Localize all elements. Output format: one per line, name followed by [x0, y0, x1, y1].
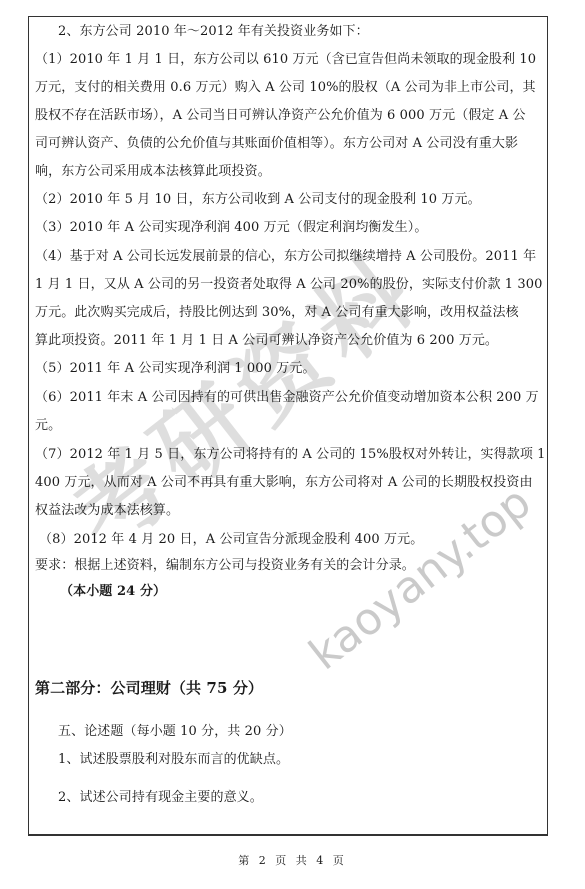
question-line: 1 月 1 日，又从 A 公司的另一投资者处取得 A 公司 20%的股份，实际支…	[35, 277, 543, 293]
page-number-footer: 第 2 页 共 4 页	[0, 852, 585, 868]
question-line: （7）2012 年 1 月 5 日，东方公司将持有的 A 公司的 15%股权对外…	[35, 447, 546, 463]
question-line: 响，东方公司采用成本法核算此项投资。	[35, 164, 271, 180]
question-line: 万元。此次购买完成后，持股比例达到 30%，对 A 公司有重大影响，改用权益法核	[35, 305, 519, 321]
question-line: 400 万元，从而对 A 公司不再具有重大影响，东方公司将对 A 公司的长期股权…	[35, 475, 533, 491]
part-2-title: 第二部分：公司理财（共 75 分）	[35, 680, 263, 696]
question-line: （2）2010 年 5 月 10 日，东方公司收到 A 公司支付的现金股利 10…	[35, 192, 481, 208]
question-line: （1）2010 年 1 月 1 日，东方公司以 610 万元（含已宣告但尚未领取…	[35, 52, 536, 68]
question-line: （3）2010 年 A 公司实现净利润 400 万元（假定利润均衡发生）。	[35, 220, 427, 236]
question-line: 万元，支付的相关费用 0.6 万元）购入 A 公司 10%的股权（A 公司为非上…	[35, 80, 536, 96]
question-line: 权益法改为成本法核算。	[35, 503, 179, 519]
question-line: （6）2011 年末 A 公司因持有的可供出售金融资产公允价值变动增加资本公积 …	[35, 390, 539, 406]
question-line: 算此项投资。2011 年 1 月 1 日 A 公司可辨认净资产公允价值为 6 2…	[35, 333, 498, 349]
question-line: （4）基于对 A 公司长远发展前景的信心，东方公司拟继续增持 A 公司股份。20…	[35, 249, 536, 265]
section-5-heading: 五、论述题（每小题 10 分，共 20 分）	[58, 724, 292, 740]
question-line: 元。	[35, 418, 61, 434]
question-line: （5）2011 年 A 公司实现净利润 1 000 万元。	[35, 361, 316, 377]
question-score: （本小题 24 分）	[60, 584, 166, 600]
question-line: 司可辨认资产、负债的公允价值与其账面价值相等）。东方公司对 A 公司没有重大影	[35, 136, 518, 152]
essay-question-2: 2、试述公司持有现金主要的意义。	[58, 790, 263, 806]
question-requirement: 要求：根据上述资料，编制东方公司与投资业务有关的会计分录。	[35, 558, 415, 574]
question-2-intro: 2、东方公司 2010 年～2012 年有关投资业务如下：	[58, 24, 369, 40]
essay-question-1: 1、试述股票股利对股东而言的优缺点。	[58, 752, 289, 768]
question-line: 股权不存在活跃市场），A 公司当日可辨认净资产公允价值为 6 000 万元（假定…	[35, 108, 526, 124]
question-line: （8）2012 年 4 月 20 日，A 公司宣告分派现金股利 400 万元。	[39, 532, 423, 548]
